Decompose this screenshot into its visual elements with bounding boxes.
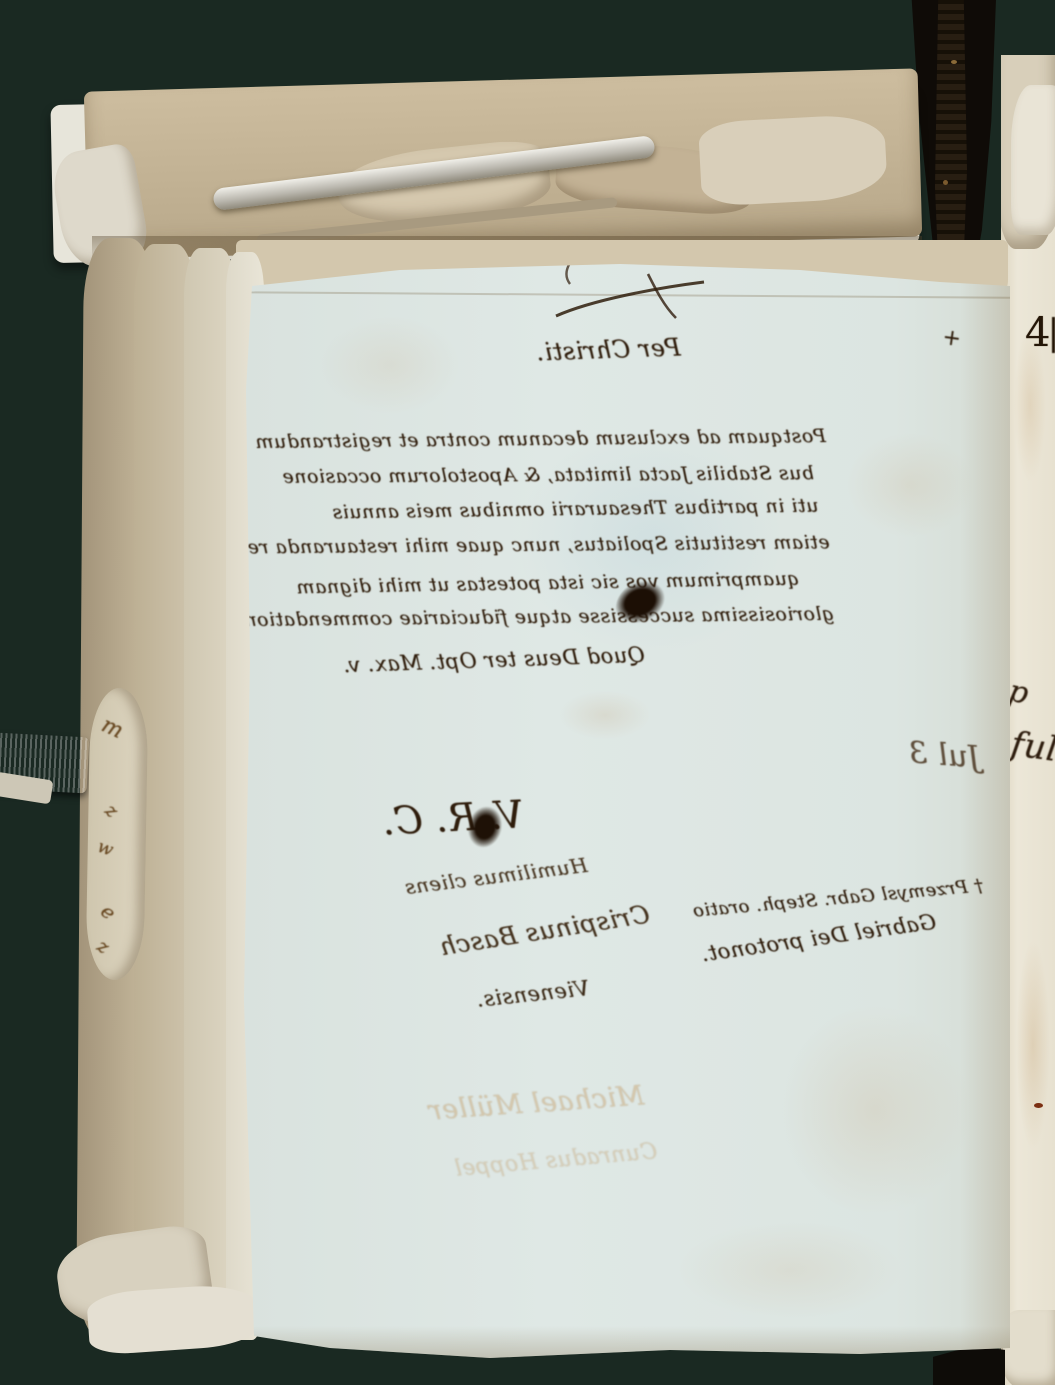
sepia-stain [630, 1200, 950, 1340]
cross-mark: + [940, 325, 962, 352]
facing-partial-mark: ful [1008, 724, 1055, 770]
body-line: Postquam ad exclusum decanum contra et r… [255, 425, 826, 453]
note-line: Gabriel Dei protonot. [699, 910, 937, 967]
signature-line: Vienensis. [475, 976, 590, 1012]
body-line: bus Stabilis Jacta limitata, & Apostolor… [282, 462, 814, 488]
sepia-stain [540, 680, 670, 750]
ghost-line: Michael Müller [427, 1080, 645, 1126]
spine-fleck [951, 60, 957, 64]
facing-page-stain [1009, 895, 1055, 1195]
facing-page-number: 4 [1025, 310, 1051, 356]
edge-ink-mark: z [93, 935, 113, 959]
edge-ink-mark: m [98, 713, 128, 745]
curled-edge: m z w e z [85, 688, 148, 981]
edge-ink-mark: w [95, 836, 117, 861]
manuscript-photo: 4 p ful m z w e z [0, 0, 1055, 1385]
ghost-line: Cunradus Hoppel [453, 1139, 658, 1182]
edge-ink-mark: e [96, 899, 121, 925]
body-line: gloriosissima successisse atque fiduciar… [227, 603, 834, 631]
signature-line: Crispinus Basch [437, 900, 652, 962]
left-page: + Per Christi. Postquam ad exclusum deca… [240, 240, 1010, 1362]
sepia-stain [290, 295, 490, 435]
gutter-bottom-shadow [933, 1346, 1005, 1385]
bottom-edge-shading [240, 1326, 1010, 1362]
page-heading: Per Christi. [536, 333, 681, 366]
gutter-shading [960, 240, 1010, 1362]
red-speck [1034, 1103, 1043, 1108]
closing-line: Quod Deus ter Opt. Max. v. [343, 643, 646, 678]
body-line: uti in partibus Thesaurarii omnibus meis… [331, 495, 818, 524]
body-line: quamprimum vos sic ista potestas ut mihi… [296, 568, 800, 599]
signature-line: Humilimus cliens [403, 853, 588, 899]
body-line: etiam restitutis Spoliatus, nunc quae mi… [216, 531, 830, 558]
facing-page-crumple [1011, 85, 1055, 235]
monogram: V. R. C. [381, 792, 525, 843]
note-line: † Przemysl Gabr. Steph. oratio [692, 875, 985, 921]
spine-fleck [943, 180, 948, 185]
margin-mark: Jul 3 [907, 736, 981, 776]
edge-ink-mark: z [101, 799, 123, 823]
